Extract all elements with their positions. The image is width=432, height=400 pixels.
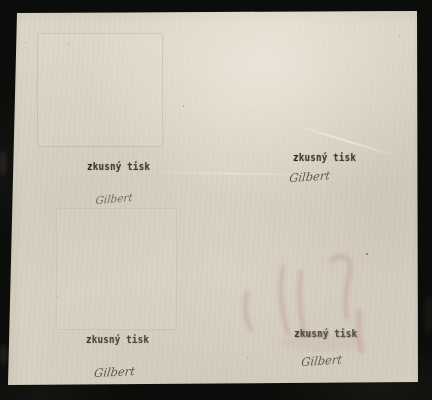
handstamp-zkusny-tisk-top-right: zkusný tisk xyxy=(293,152,356,165)
stamp-block-paper-reverse: zkusný tisk zkusný tisk zkusný tisk zkus… xyxy=(0,0,432,400)
background-scratch xyxy=(0,150,6,176)
background-scratch xyxy=(425,295,432,335)
expert-signature-bottom-right: Gilbert xyxy=(301,352,343,369)
background-scratch xyxy=(0,344,7,366)
handstamp-zkusny-tisk-bottom-right: zkusný tisk xyxy=(294,328,357,341)
dust-speck xyxy=(183,105,184,107)
dust-speck xyxy=(247,357,248,358)
dust-speck xyxy=(25,42,26,43)
stamp-block-scan: zkusný tisk zkusný tisk zkusný tisk zkus… xyxy=(0,0,432,400)
dust-speck xyxy=(366,253,368,255)
offset-ink-smudges xyxy=(0,0,432,400)
expert-signature-bottom-left: Gilbert xyxy=(93,364,136,380)
handstamp-zkusny-tisk-top-left: zkusný tisk xyxy=(87,161,150,174)
dust-speck xyxy=(68,43,69,44)
dust-speck xyxy=(57,296,58,297)
handstamp-zkusny-tisk-bottom-left: zkusný tisk xyxy=(86,334,149,347)
dust-speck xyxy=(399,36,400,37)
expert-signature-top-right: Gilbert xyxy=(289,168,331,185)
